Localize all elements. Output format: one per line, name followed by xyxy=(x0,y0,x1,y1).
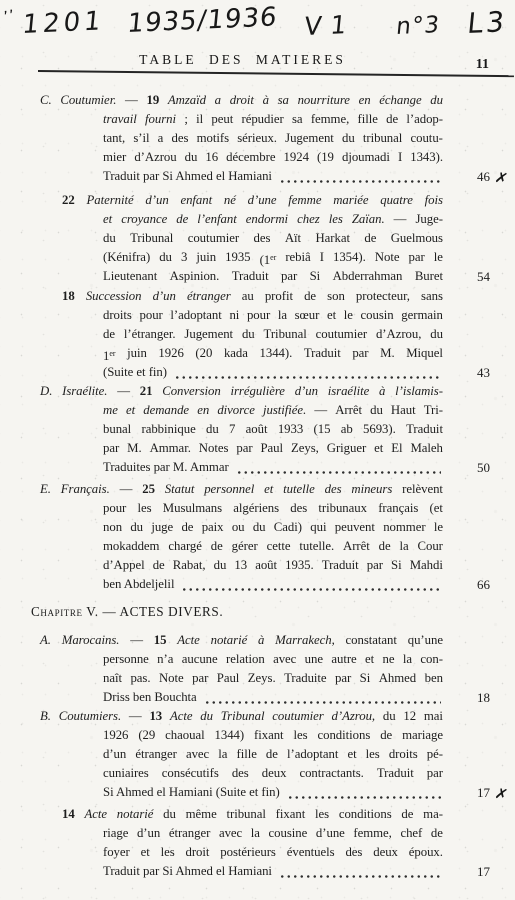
page-reference: 46 xyxy=(477,167,490,186)
entry-line: (Suite et fin) xyxy=(103,363,443,382)
text-segment: non xyxy=(103,520,122,534)
entry-line: A.Marocains.—15ActenotariéàMarrakech,con… xyxy=(40,631,443,650)
entry-line: cuniairesconsécutifsdesdeuxcontractants.… xyxy=(103,764,443,783)
text-segment: les xyxy=(161,845,175,859)
text-segment: d’un xyxy=(145,193,168,207)
text-segment: mariée xyxy=(333,193,368,207)
entry-line: parM.Ammar.NotesparPaulZeys,GrigueretElM… xyxy=(103,439,443,458)
entry-line: ben Abdeljelil xyxy=(103,575,443,594)
handwritten-annotation-shelf-mark: L3 xyxy=(466,5,509,40)
word: coutumier xyxy=(316,325,367,344)
entry-text: D.Israélite.—21Conversionirrégulièred’un… xyxy=(103,382,443,477)
entry-text: E.Français.—25Statutpersonnelettutellede… xyxy=(103,480,443,594)
word: deux xyxy=(373,843,398,862)
entry-line: LieutenantAspinion.TraduitparSiAbderrahm… xyxy=(103,267,443,286)
word: du xyxy=(370,401,383,420)
word: cette xyxy=(267,537,291,556)
word: femme, xyxy=(353,824,391,843)
text-segment: coutumier xyxy=(316,327,367,341)
word: du xyxy=(200,707,213,726)
word: Acte xyxy=(84,805,107,824)
word: 5693). xyxy=(363,420,396,439)
word: Traduit xyxy=(322,556,359,575)
entry-line: D.Israélite.—21Conversionirrégulièred’un… xyxy=(40,382,443,401)
entry-line: Traduit par Si Ahmed el Hamiani xyxy=(103,862,443,881)
word: d’Azrou, xyxy=(332,707,376,726)
text-segment: d’Azrou, xyxy=(332,709,376,723)
word: 16 xyxy=(205,148,218,167)
text-segment: du xyxy=(214,558,227,572)
text-segment: à xyxy=(263,93,269,107)
word: — xyxy=(314,401,327,420)
entry-text: B.Coutumiers.—13ActeduTribunalcoutumierd… xyxy=(103,707,443,802)
word: du xyxy=(253,518,266,537)
text-segment: et xyxy=(374,441,383,455)
text-segment: droit xyxy=(186,845,210,859)
text-segment: (Suite et fin) xyxy=(103,365,167,379)
entry-text: A.Marocains.—15ActenotariéàMarrakech,con… xyxy=(103,631,443,707)
word: d’une xyxy=(248,191,277,210)
word: des xyxy=(345,843,362,862)
word: des xyxy=(254,229,271,248)
word: — xyxy=(130,631,143,650)
text-segment: constatant xyxy=(346,633,397,647)
text-segment: avec xyxy=(186,747,209,761)
word: israélite xyxy=(328,382,370,401)
word: du xyxy=(130,518,143,537)
text-segment: 5693). xyxy=(363,422,396,436)
toc-entry-19: C.Coutumier.—19Amzaïdadroitàsanourriture… xyxy=(0,91,515,186)
text-segment: tribunaux xyxy=(318,501,367,515)
word: personne xyxy=(103,650,149,669)
word: du xyxy=(214,556,227,575)
text-segment: l’islamis- xyxy=(395,384,443,398)
text-segment: juge xyxy=(151,520,173,534)
word: irrégulière xyxy=(231,382,285,401)
word: de xyxy=(379,537,391,556)
text-segment: tutelle xyxy=(283,482,315,496)
toc-entry-25: E.Français.—25Statutpersonnelettutellede… xyxy=(0,480,515,594)
text-segment: Juge- xyxy=(415,212,442,226)
word: il xyxy=(196,110,203,129)
word: 7 xyxy=(229,420,235,439)
word: du xyxy=(103,229,116,248)
text-segment: du xyxy=(185,150,198,164)
entry-line: droitspourl’adoptantnipourlasœuretlecous… xyxy=(103,306,443,325)
word: (20 xyxy=(195,344,212,363)
text-segment: son xyxy=(327,289,345,303)
word: 25 xyxy=(142,480,155,499)
page-reference: 54 xyxy=(477,267,490,286)
word: Harkat xyxy=(315,229,350,248)
text-segment: Aït xyxy=(285,231,301,245)
word: foyer xyxy=(103,843,130,862)
text-segment: à xyxy=(379,384,385,398)
text-segment: sœur xyxy=(295,308,320,322)
word: 1343). xyxy=(410,148,443,167)
word: de xyxy=(103,325,115,344)
text-segment: I xyxy=(398,150,402,164)
word: par xyxy=(427,764,443,783)
entry-page-cell: 66 xyxy=(443,480,515,594)
text-segment: juin xyxy=(196,250,216,264)
header-rule xyxy=(38,70,514,77)
word: 13 xyxy=(149,707,162,726)
entry-line: 1erjuin1926(20kada1344).TraduitparM.Miqu… xyxy=(103,344,443,363)
word: et xyxy=(264,480,273,499)
text-segment: du xyxy=(342,131,355,145)
word: Cadi) xyxy=(274,518,302,537)
text-segment: l’étranger. xyxy=(124,327,176,341)
word: s’il xyxy=(133,129,149,148)
text-segment: au xyxy=(242,289,254,303)
word: (29 xyxy=(138,726,155,745)
word: naît xyxy=(103,669,122,688)
word: deux xyxy=(262,764,287,783)
text-segment: — xyxy=(130,633,143,647)
text-segment: du xyxy=(206,422,219,436)
word: l’adop- xyxy=(406,110,443,129)
word: de xyxy=(364,229,376,248)
word: au xyxy=(242,287,254,306)
text-segment: Zeys, xyxy=(291,441,319,455)
word: mier xyxy=(103,148,126,167)
word: coutumier xyxy=(272,707,323,726)
text-segment: Jugement xyxy=(184,327,233,341)
word: juin xyxy=(196,248,216,267)
text-segment: 1935. xyxy=(285,558,314,572)
word: de xyxy=(153,556,165,575)
word: travail xyxy=(103,110,137,129)
text-segment: ben Abdeljelil xyxy=(103,577,174,591)
word: d’Appel xyxy=(103,556,145,575)
dot-leader xyxy=(279,871,441,879)
word: l’islamis- xyxy=(395,382,443,401)
word: d’un xyxy=(153,287,176,306)
word: Musulmans xyxy=(163,499,222,518)
word: kada xyxy=(224,344,248,363)
text-segment: endormi xyxy=(246,212,288,226)
text-segment: des xyxy=(254,231,271,245)
word: répudier xyxy=(241,110,283,129)
text-segment: de xyxy=(176,212,188,226)
word: Jugement xyxy=(184,325,233,344)
word: les xyxy=(315,805,329,824)
text-segment: ab xyxy=(341,422,353,436)
text-segment: des xyxy=(290,501,307,515)
text-segment: les xyxy=(315,807,329,821)
word: algériens xyxy=(233,499,279,518)
text-segment: ben xyxy=(425,671,443,685)
text-segment: la xyxy=(218,747,227,761)
word: pour xyxy=(103,499,126,518)
handwritten-tick-marks: ’’ xyxy=(2,6,17,26)
word: les xyxy=(137,499,151,518)
word: C. xyxy=(40,91,52,110)
word: tribunaux xyxy=(318,499,367,518)
text-segment: Driss ben Bouchta xyxy=(103,690,197,704)
text-segment: M. xyxy=(380,346,394,360)
text-segment: sans xyxy=(421,289,443,303)
word: relèvent xyxy=(402,480,443,499)
text-segment: juin xyxy=(127,346,147,360)
word: la xyxy=(218,745,227,764)
text-segment: femme xyxy=(288,193,321,207)
word: né xyxy=(224,191,236,210)
word: (et xyxy=(430,499,443,518)
word: Ammar. xyxy=(150,439,191,458)
text-segment: Ahmed xyxy=(379,671,416,685)
text-segment: et xyxy=(141,845,150,859)
text-segment: demande xyxy=(143,403,189,417)
text-segment: de xyxy=(386,112,398,126)
text-segment: 18 xyxy=(62,289,75,303)
word: fille xyxy=(236,745,256,764)
text-segment: a xyxy=(215,93,221,107)
text-segment: l’enfant xyxy=(197,212,236,226)
word: des xyxy=(232,764,249,783)
text-segment: 19 xyxy=(146,93,159,107)
word: d’Azrou xyxy=(134,148,176,167)
text-segment: une xyxy=(305,652,323,666)
word: de xyxy=(181,518,193,537)
text-segment: Si xyxy=(391,558,402,572)
entry-line-text: Traduites par M. Ammar xyxy=(103,458,229,477)
text-segment: le xyxy=(434,520,443,534)
word: par xyxy=(367,556,383,575)
text-segment: de xyxy=(181,520,193,534)
dot-leader xyxy=(181,584,441,592)
entry-text: 18Successiond’unétrangerauprofitdesonpro… xyxy=(103,287,443,382)
word: le xyxy=(434,248,443,267)
entry-line-text: Traduit par Si Ahmed el Hamiani xyxy=(103,862,272,881)
text-segment: et xyxy=(103,212,112,226)
text-segment: Acte xyxy=(170,709,193,723)
word: mariage xyxy=(402,726,443,745)
text-segment: — xyxy=(120,482,133,496)
word: une xyxy=(305,650,323,669)
text-segment: E. xyxy=(40,482,51,496)
word: Maleh xyxy=(410,439,442,458)
word: Jugement xyxy=(285,129,334,148)
word: demande xyxy=(143,401,189,420)
word: Traduit xyxy=(232,267,269,286)
word: 15 xyxy=(154,631,167,650)
text-segment: l’adop- xyxy=(406,112,443,126)
text-segment: ni xyxy=(229,308,239,322)
word: et xyxy=(103,210,112,229)
word: conditions xyxy=(317,726,370,745)
handwritten-check-mark: ✗ xyxy=(494,170,510,188)
entry-line: mokaddemchargédegérercettetutelle.Arrêtd… xyxy=(103,537,443,556)
text-segment: femme, xyxy=(353,826,391,840)
word: protecteur, xyxy=(356,287,410,306)
word: enfant xyxy=(180,191,212,210)
word: d’Azrou, xyxy=(376,325,421,344)
text-segment: consécutifs xyxy=(162,766,219,780)
text-segment: 1344) xyxy=(215,728,245,742)
word: a xyxy=(158,129,164,148)
handwritten-annotation-archive-number: 1201 xyxy=(21,6,106,40)
text-segment: 13 xyxy=(149,709,162,723)
word: chez xyxy=(297,210,320,229)
text-segment: Jugement xyxy=(285,131,334,145)
word: Abderrahman xyxy=(333,267,403,286)
text-segment: personne xyxy=(103,652,149,666)
word: ben xyxy=(425,669,443,688)
word: sa xyxy=(292,110,303,129)
word: la xyxy=(278,306,287,325)
word: riage xyxy=(103,824,128,843)
entry-line: Traduit par Si Ahmed el Hamiani xyxy=(103,167,443,186)
word: — xyxy=(394,210,407,229)
word: (1er xyxy=(260,248,277,267)
word: tribunal xyxy=(226,805,265,824)
text-segment: — xyxy=(129,709,142,723)
word: Amzaïd xyxy=(168,91,206,110)
entry-text: 22Paternitéd’unenfantnéd’unefemmemariéeq… xyxy=(103,191,443,286)
text-segment: Arrêt xyxy=(343,539,370,553)
word: les xyxy=(293,726,307,745)
text-segment: s’il xyxy=(133,131,149,145)
entry-text: 14Actenotariédumêmetribunalfixantlescond… xyxy=(103,805,443,881)
text-segment: les xyxy=(366,747,380,761)
text-segment: kada xyxy=(224,346,248,360)
word: M. xyxy=(127,439,141,458)
text-segment: Amzaïd xyxy=(168,93,206,107)
text-segment: sérieux. xyxy=(237,131,277,145)
word: et xyxy=(365,650,374,669)
text-segment: Succession xyxy=(86,289,142,303)
entry-line: meetdemandeendivorcejustifiée.—ArrêtduHa… xyxy=(103,401,443,420)
entry-line: personnen’aaucunerelationavecuneautreetn… xyxy=(103,650,443,669)
text-segment: irrégulière xyxy=(231,384,285,398)
text-segment: ma- xyxy=(423,807,443,821)
text-segment: Buret xyxy=(415,269,443,283)
word: 1354). xyxy=(333,248,366,267)
word: paix xyxy=(202,518,224,537)
word: Acte xyxy=(170,707,193,726)
text-segment: étranger xyxy=(187,289,231,303)
text-segment: postérieurs xyxy=(220,845,276,859)
text-segment: cuniaires xyxy=(103,766,149,780)
text-segment: fixant xyxy=(276,807,306,821)
word: de xyxy=(176,210,188,229)
text-segment: époux. xyxy=(409,845,443,859)
entry-line-text: (Suite et fin) xyxy=(103,363,167,382)
entry-line: Si Ahmed el Hamiani (Suite et fin) xyxy=(103,783,443,802)
word: les xyxy=(161,843,175,862)
text-segment: d’un xyxy=(137,826,160,840)
word: du xyxy=(206,420,219,439)
text-segment: chargé xyxy=(168,539,202,553)
word: de xyxy=(211,537,223,556)
word: du xyxy=(185,148,198,167)
word: Ahmed xyxy=(379,669,416,688)
entry-line-text: Traduit par Si Ahmed el Hamiani xyxy=(103,167,272,186)
text-segment: relation xyxy=(226,652,265,666)
text-segment: Si xyxy=(360,671,371,685)
word: Traduit xyxy=(377,764,414,783)
word: mai xyxy=(424,707,443,726)
text-segment: 1924 xyxy=(284,150,309,164)
text-segment: Conversion xyxy=(162,384,221,398)
word: des xyxy=(290,499,307,518)
entry-page-cell: 46✗ xyxy=(443,91,515,186)
word: a xyxy=(215,91,221,110)
text-segment: la xyxy=(251,826,260,840)
word: 12 xyxy=(403,707,416,726)
word: 1926 xyxy=(103,726,128,745)
word: avec xyxy=(219,824,242,843)
text-segment: Marocains. xyxy=(62,633,120,647)
text-segment: des xyxy=(325,482,342,496)
handwritten-annotation-years: 1935/1936 xyxy=(126,2,279,39)
word: sérieux. xyxy=(237,129,277,148)
text-segment: paix xyxy=(202,520,224,534)
text-segment: de xyxy=(304,289,316,303)
text-segment: Paternité xyxy=(86,193,133,207)
entry-line: etcroyancedel’enfantendormichezlesZaïan.… xyxy=(103,210,443,229)
text-segment: l’adoptant xyxy=(287,747,338,761)
toc-entry-22: 22Paternitéd’unenfantnéd’unefemmemariéeq… xyxy=(0,191,515,286)
text-segment: échange xyxy=(379,93,421,107)
page-reference: 50 xyxy=(477,458,490,477)
text-segment: de xyxy=(211,539,223,553)
text-segment: quatre xyxy=(380,193,413,207)
word: Tribunal xyxy=(264,325,307,344)
text-segment: notarié xyxy=(117,807,154,821)
word: bunal xyxy=(103,420,131,439)
word: par xyxy=(236,439,252,458)
text-segment: 1933 xyxy=(278,422,303,436)
text-segment: — xyxy=(117,384,130,398)
word: ma- xyxy=(423,805,443,824)
text-segment: Traduit par Si Ahmed el Hamiani xyxy=(103,864,272,878)
text-segment: du xyxy=(130,520,143,534)
text-segment: 15 xyxy=(154,633,167,647)
word: son xyxy=(327,287,345,306)
word: I xyxy=(398,148,402,167)
word: Coutumiers. xyxy=(59,707,121,726)
text-segment: la xyxy=(403,652,412,666)
word: du xyxy=(159,248,172,267)
text-segment: d’un xyxy=(153,289,176,303)
text-segment: 1926 xyxy=(158,346,183,360)
entry-line-text: ben Abdeljelil xyxy=(103,575,174,594)
text-segment: Arrêt xyxy=(335,403,362,417)
text-segment: Paul xyxy=(260,441,283,455)
text-segment: avec xyxy=(273,652,296,666)
word: le xyxy=(434,518,443,537)
word: 14 xyxy=(62,805,75,824)
text-segment: naît xyxy=(103,671,122,685)
text-segment: par xyxy=(409,250,425,264)
text-segment: 12 xyxy=(403,709,416,723)
text-segment: et xyxy=(126,403,135,417)
word: A. xyxy=(40,631,51,650)
text-segment: même xyxy=(186,807,217,821)
word: même xyxy=(186,805,217,824)
word: djoumadi xyxy=(342,148,390,167)
dot-leader xyxy=(236,467,441,475)
text-segment: le xyxy=(434,250,443,264)
word: Si xyxy=(310,267,321,286)
text-segment: mariage xyxy=(402,728,443,742)
page-reference: 66 xyxy=(477,575,490,594)
text-segment: me xyxy=(103,403,118,417)
text-segment: à xyxy=(258,633,264,647)
